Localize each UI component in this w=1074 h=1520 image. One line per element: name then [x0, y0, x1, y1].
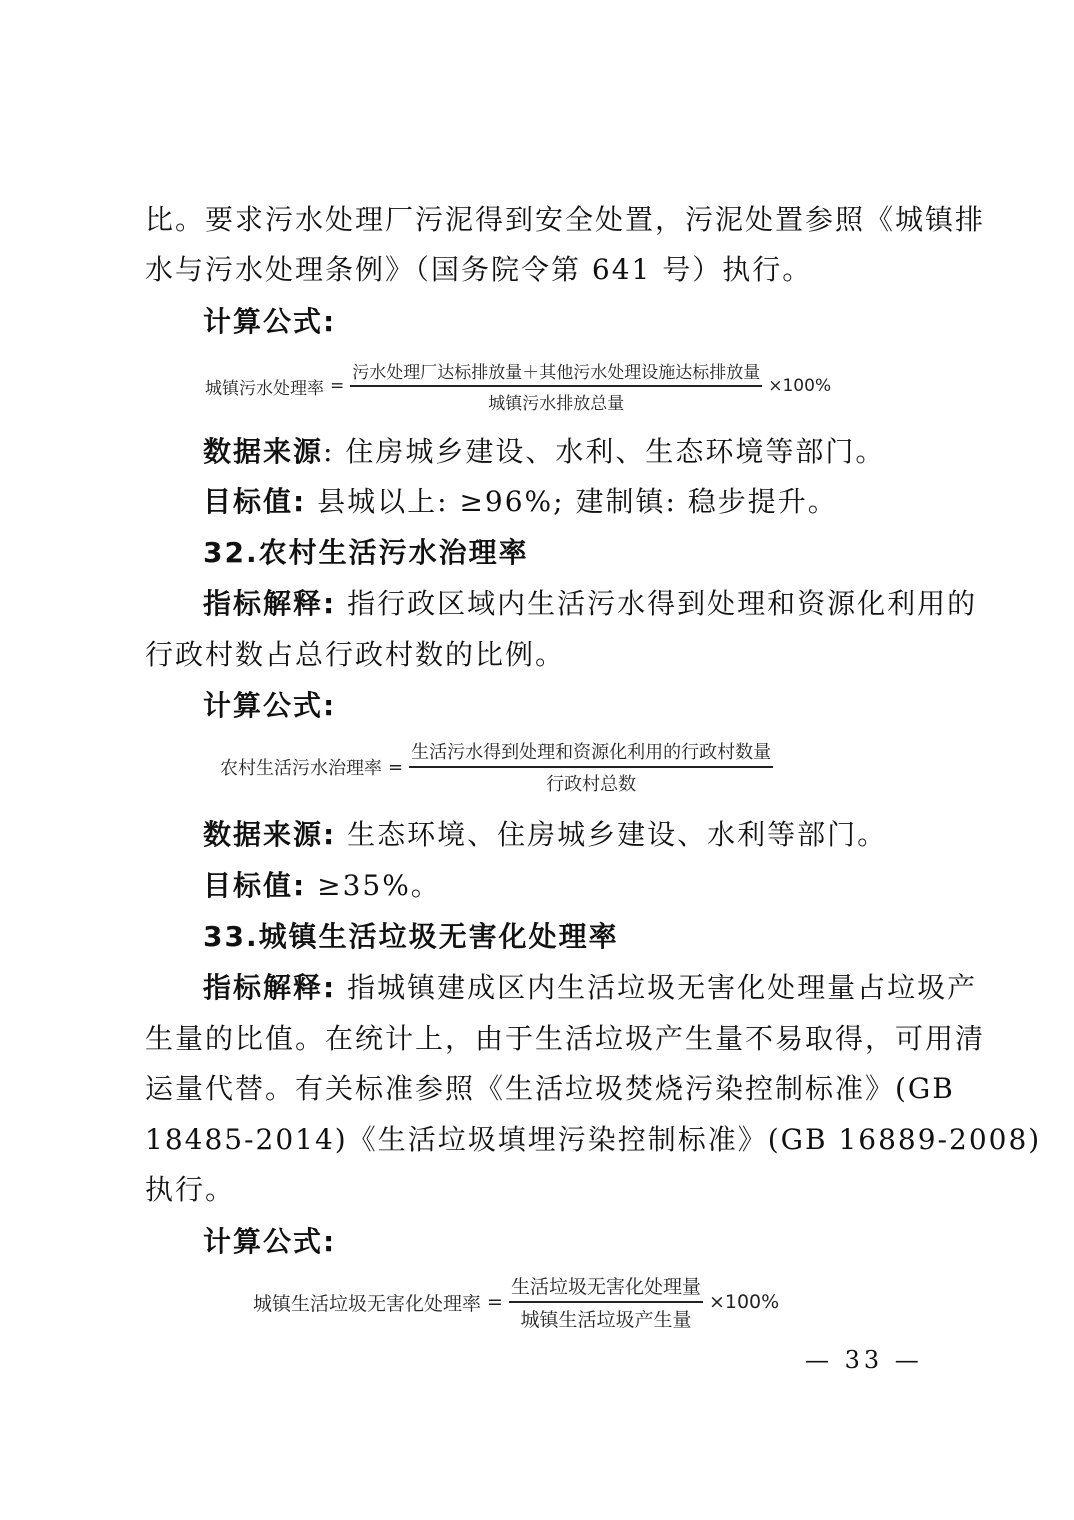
target-value-label: 目标值:: [203, 485, 306, 518]
explanation-text: 指行政区域内生活污水得到处理和资源化利用的: [336, 587, 977, 620]
formula-label: 计算公式:: [203, 1222, 336, 1262]
data-source-label: 数据来源:: [203, 818, 336, 851]
formula-lhs: 城镇生活垃圾无害化处理率: [253, 1289, 481, 1316]
target-value-line: 目标值: ≥35%。: [203, 866, 441, 906]
explanation-line: 指标解释: 指城镇建成区内生活垃圾无害化处理量占垃圾产: [203, 968, 977, 1008]
data-source-text: 生态环境、住房城乡建设、水利等部门。: [336, 818, 887, 851]
formula-equals: =: [330, 376, 344, 396]
explanation-line: 执行。: [145, 1170, 235, 1210]
explanation-line: 生量的比值。在统计上，由于生活垃圾产生量不易取得，可用清: [145, 1019, 985, 1059]
section-heading-32: 32.农村生活污水治理率: [203, 533, 529, 573]
target-value-text: 县城以上: ≥96%; 建制镇: 稳步提升。: [306, 485, 838, 518]
formula-numerator: 生活污水得到处理和资源化利用的行政村数量: [409, 738, 773, 766]
formula-numerator: 生活垃圾无害化处理量: [509, 1272, 703, 1301]
formula-multiplier: ×100%: [768, 376, 831, 396]
formula-denominator: 行政村总数: [546, 768, 636, 796]
explanation-line: 18485-2014)《生活垃圾填埋污染控制标准》(GB 16889-2008): [145, 1120, 1041, 1160]
formula-fraction: 生活污水得到处理和资源化利用的行政村数量 行政村总数: [409, 738, 773, 796]
data-source-line: 数据来源: 生态环境、住房城乡建设、水利等部门。: [203, 815, 887, 855]
explanation-line: 运量代替。有关标准参照《生活垃圾焚烧污染控制标准》(GB: [145, 1069, 955, 1109]
data-source-text: : 住房城乡建设、水利、生态环境等部门。: [323, 435, 885, 468]
explanation-line: 指标解释: 指行政区域内生活污水得到处理和资源化利用的: [203, 584, 977, 624]
explanation-label: 指标解释:: [203, 971, 336, 1004]
paragraph-line: 水与污水处理条例》（国务院令第 641 号）执行。: [145, 250, 812, 290]
explanation-label: 指标解释:: [203, 587, 336, 620]
target-value-text: ≥35%。: [306, 869, 441, 902]
target-value-line: 目标值: 县城以上: ≥96%; 建制镇: 稳步提升。: [203, 482, 838, 522]
page-number: — 33 —: [805, 1346, 923, 1374]
formula-fraction: 污水处理厂达标排放量＋其他污水处理设施达标排放量 城镇污水排放总量: [350, 358, 762, 414]
data-source-label: 数据来源: [203, 435, 323, 468]
formula-equals: =: [487, 1291, 503, 1313]
formula-label: 计算公式:: [203, 686, 336, 726]
formula-lhs: 城镇污水处理率: [205, 374, 324, 399]
target-value-label: 目标值:: [203, 869, 306, 902]
explanation-line: 行政村数占总行政村数的比例。: [145, 635, 565, 675]
data-source-line: 数据来源: 住房城乡建设、水利、生态环境等部门。: [203, 432, 885, 472]
formula-rural-sewage-treatment-rate: 农村生活污水治理率 = 生活污水得到处理和资源化利用的行政村数量 行政村总数: [220, 738, 773, 796]
explanation-text: 指城镇建成区内生活垃圾无害化处理量占垃圾产: [336, 971, 977, 1004]
formula-denominator: 城镇生活垃圾产生量: [520, 1303, 691, 1332]
formula-multiplier: ×100%: [709, 1291, 779, 1313]
formula-fraction: 生活垃圾无害化处理量 城镇生活垃圾产生量: [509, 1272, 703, 1332]
formula-urban-sewage-treatment-rate: 城镇污水处理率 = 污水处理厂达标排放量＋其他污水处理设施达标排放量 城镇污水排…: [205, 358, 831, 414]
paragraph-line: 比。要求污水处理厂污泥得到安全处置，污泥处置参照《城镇排: [145, 200, 985, 240]
formula-numerator: 污水处理厂达标排放量＋其他污水处理设施达标排放量: [350, 358, 762, 385]
formula-label: 计算公式:: [203, 302, 336, 342]
section-heading-33: 33.城镇生活垃圾无害化处理率: [203, 917, 619, 957]
formula-equals: =: [388, 757, 403, 778]
formula-denominator: 城镇污水排放总量: [488, 387, 624, 414]
formula-urban-waste-harmless-treatment-rate: 城镇生活垃圾无害化处理率 = 生活垃圾无害化处理量 城镇生活垃圾产生量 ×100…: [253, 1272, 779, 1332]
formula-lhs: 农村生活污水治理率: [220, 754, 382, 780]
